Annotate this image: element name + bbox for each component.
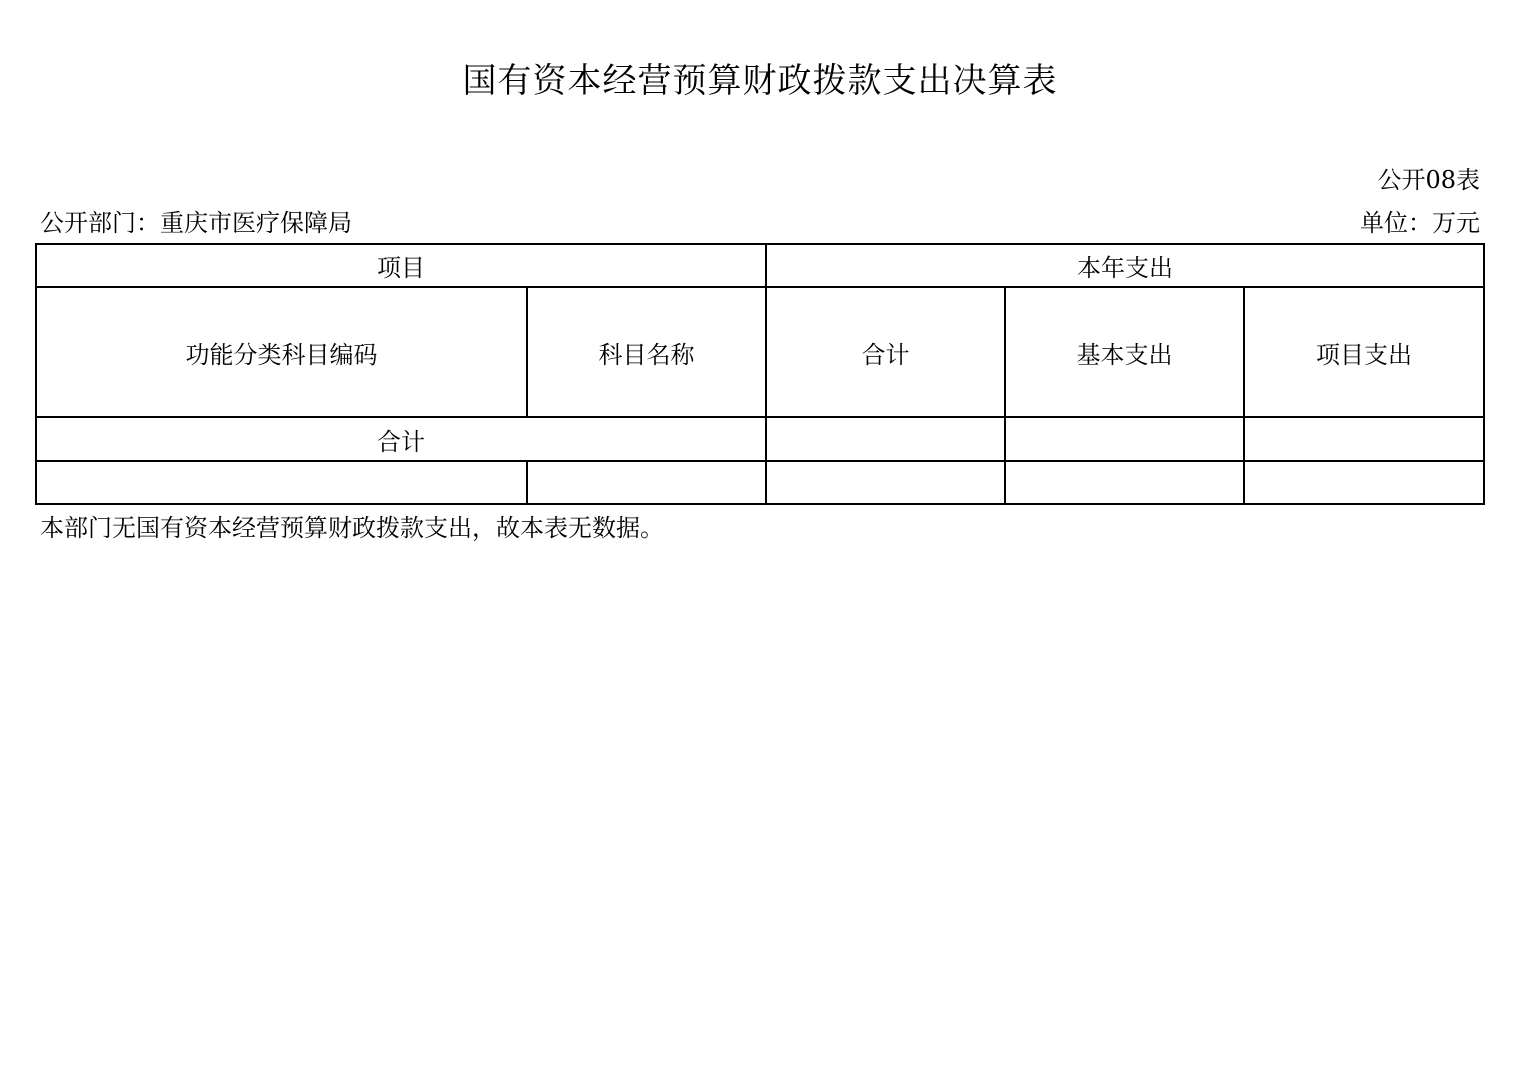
table-number: 公开08表	[1377, 164, 1480, 196]
total-row-label: 合计	[36, 417, 766, 461]
header-total: 合计	[766, 287, 1005, 417]
cell-total	[766, 461, 1005, 504]
expense-table: 项目 本年支出 功能分类科目编码 科目名称 合计 基本支出 项目支出 合计	[35, 243, 1485, 505]
document-title: 国有资本经营预算财政拨款支出决算表	[0, 58, 1520, 104]
header-row-1: 项目 本年支出	[36, 244, 1484, 287]
cell-basic-expense	[1005, 461, 1244, 504]
total-row-basic-expense	[1005, 417, 1244, 461]
header-subject-name: 科目名称	[527, 287, 766, 417]
table-row	[36, 461, 1484, 504]
footnote: 本部门无国有资本经营预算财政拨款支出，故本表无数据。	[40, 512, 664, 544]
header-function-code: 功能分类科目编码	[36, 287, 527, 417]
header-current-year-expense: 本年支出	[766, 244, 1484, 287]
total-row-total	[766, 417, 1005, 461]
header-row-2: 功能分类科目编码 科目名称 合计 基本支出 项目支出	[36, 287, 1484, 417]
department-label: 公开部门：重庆市医疗保障局	[40, 207, 352, 239]
unit-label: 单位：万元	[1360, 207, 1480, 239]
total-row-project-expense	[1244, 417, 1484, 461]
cell-function-code	[36, 461, 527, 504]
cell-project-expense	[1244, 461, 1484, 504]
cell-subject-name	[527, 461, 766, 504]
header-basic-expense: 基本支出	[1005, 287, 1244, 417]
header-project: 项目	[36, 244, 766, 287]
total-row: 合计	[36, 417, 1484, 461]
header-project-expense: 项目支出	[1244, 287, 1484, 417]
